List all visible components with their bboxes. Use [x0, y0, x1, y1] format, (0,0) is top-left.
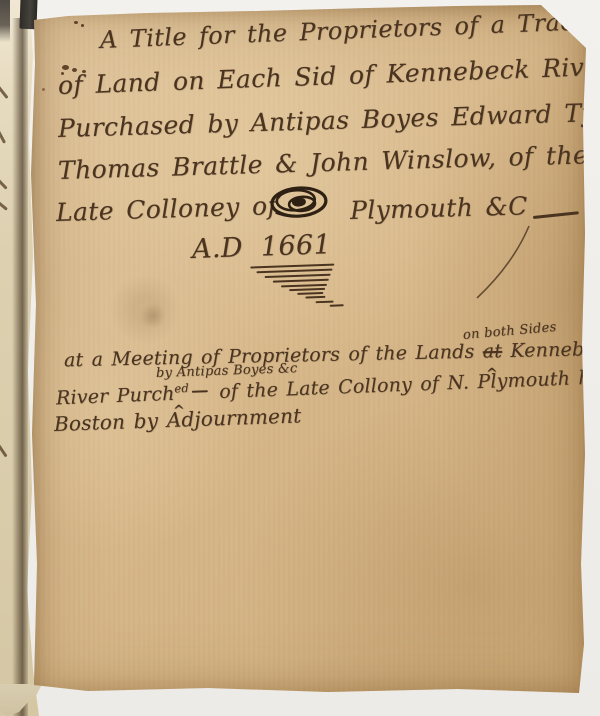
manuscript-page: A Title for the Proprietors of a Tract o…: [28, 4, 586, 698]
meeting-line-1: at a Meeting of Proprietors of the Lands…: [64, 337, 596, 371]
meeting-line-2-superscript: ed: [174, 381, 189, 396]
meeting-line-2-pre: River Purch: [56, 383, 175, 410]
meeting-line-1-superscript: k,: [584, 337, 595, 351]
scan-edge-dark-area: [0, 0, 10, 42]
title-line-3: Purchased by Antipas Boyes Edward Tyng: [58, 97, 600, 143]
meeting-line-1-word: Kenneb: [510, 338, 584, 362]
ink-speck: [74, 21, 78, 24]
title-line-5-pre: Late Colloney of: [56, 191, 278, 227]
ink-speck: [81, 24, 84, 27]
em-dash-stroke: [533, 211, 579, 218]
title-line-1: A Title for the Proprietors of a Tract: [99, 7, 584, 54]
title-line-5-post: Plymouth &C: [350, 191, 528, 225]
meeting-line-2: River Purched of the Late Collony of N. …: [56, 363, 600, 409]
title-line-4: Thomas Brattle & John Winslow, of the: [58, 140, 589, 185]
date-line: A.D 1661: [191, 229, 331, 265]
book-gutter-shadow: [12, 18, 28, 716]
ink-speck: [62, 65, 69, 70]
ink-smudge: [140, 304, 166, 328]
ink-scribble-blot: [267, 180, 334, 226]
pen-swash-stroke: [443, 224, 533, 304]
connector-stroke: [192, 390, 208, 393]
meeting-line-3: Boston by Adjournment: [54, 403, 302, 436]
ink-speck: [42, 88, 45, 91]
struck-word: at: [483, 340, 503, 362]
title-line-2: of Land on Each Sid of Kennebeck River: [57, 52, 600, 100]
ink-flourish-hatch: [241, 260, 345, 312]
